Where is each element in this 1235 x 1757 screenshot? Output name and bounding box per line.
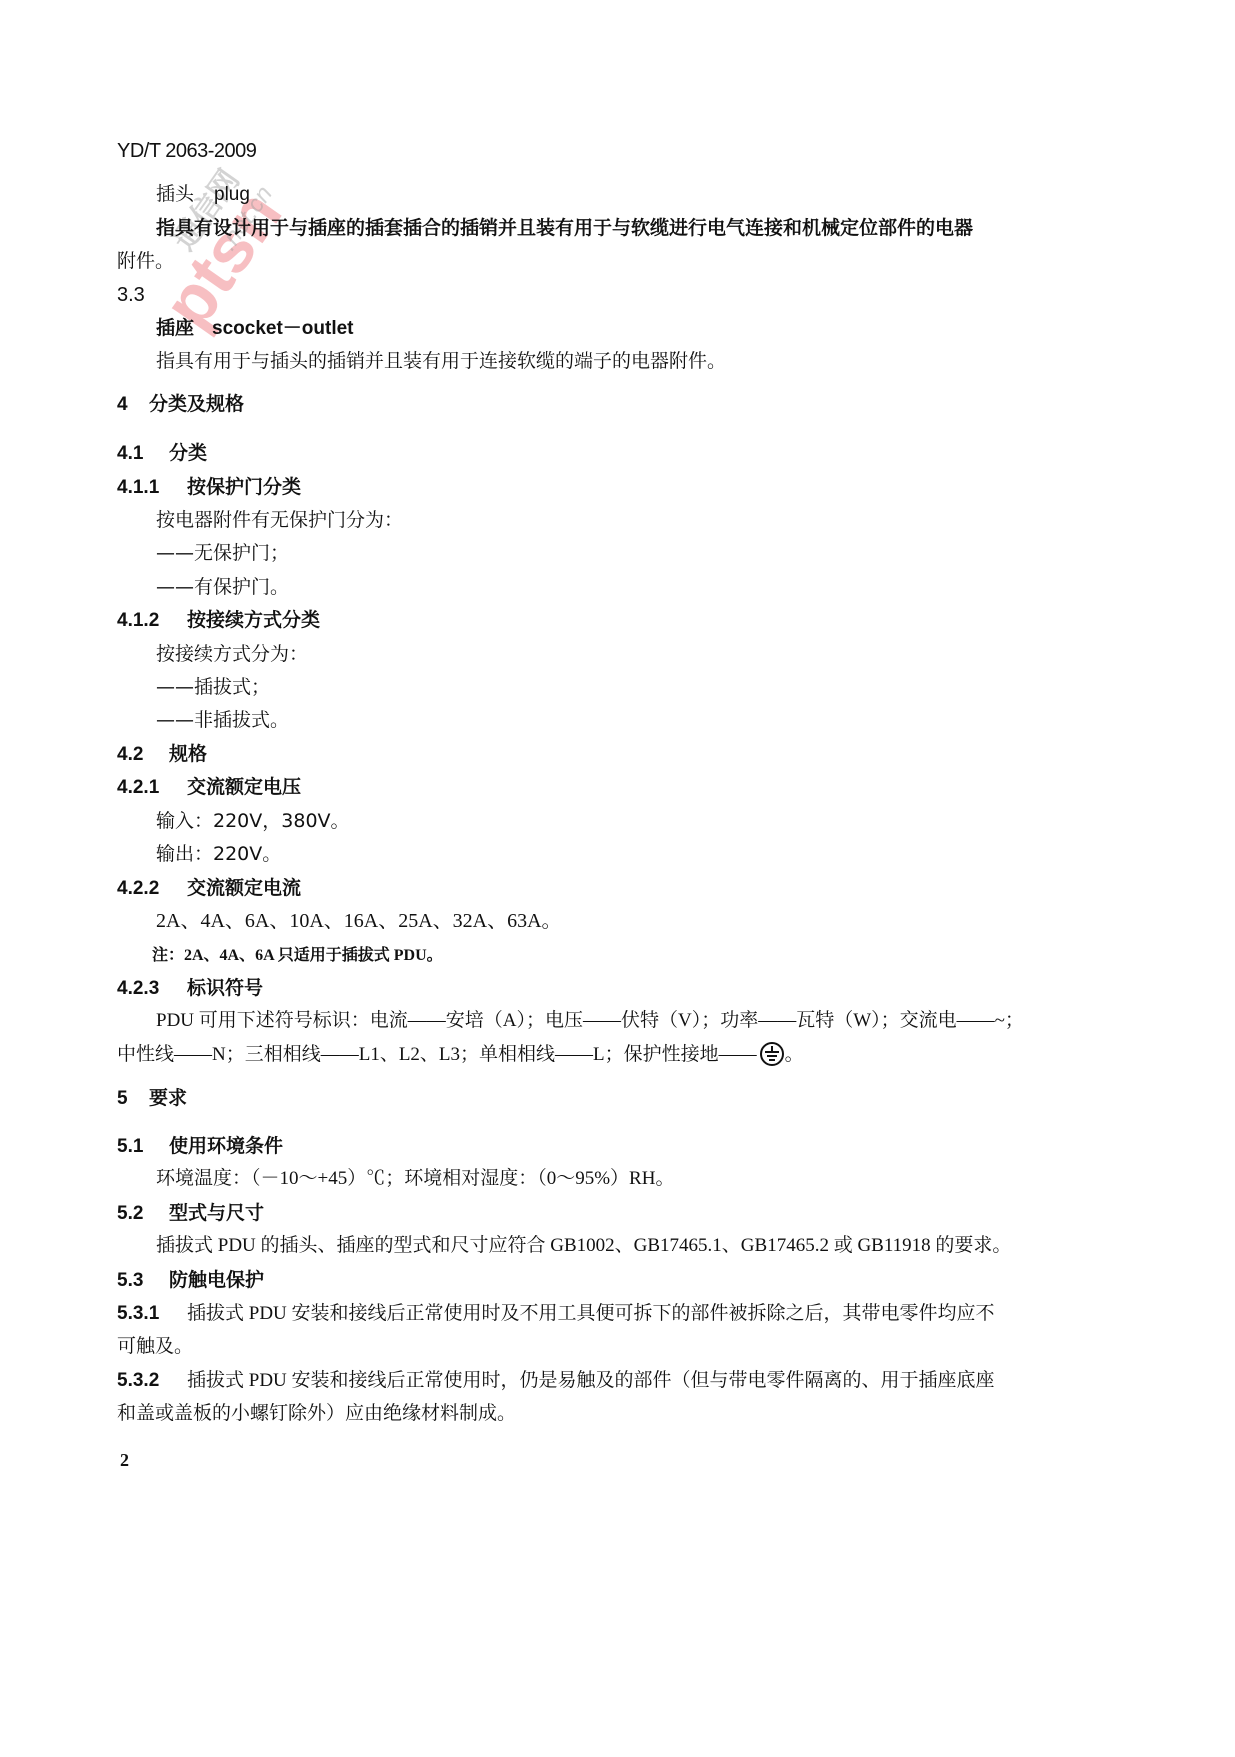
section-title: 分类及规格 xyxy=(149,393,244,415)
environment-conditions: 环境温度：（－10～+45）℃；环境相对湿度：（0～95%）RH。 xyxy=(156,1167,674,1191)
section-number: 4.1.2 xyxy=(117,609,187,633)
list-item: ——非插拔式。 xyxy=(156,708,289,732)
term-plug-cn: 插头 xyxy=(156,183,194,205)
section-4-1-heading: 4.1分类 xyxy=(117,441,207,466)
clause-5-3-2-line1: 5.3.2插拔式 PDU 安装和接线后正常使用时，仍是易触及的部件（但与带电零件… xyxy=(117,1368,995,1393)
section-4-2-3-heading: 4.2.3标识符号 xyxy=(117,976,263,1001)
standard-number-header: YD/T 2063-2009 xyxy=(117,139,256,163)
section-number: 5.3.1 xyxy=(117,1302,187,1326)
section-5-heading: 5要求 xyxy=(117,1086,187,1111)
section-title: 按接续方式分类 xyxy=(187,609,320,631)
clause-5-3-2-line2: 和盖或盖板的小螺钉除外）应由绝缘材料制成。 xyxy=(117,1401,516,1425)
section-5-3-heading: 5.3防触电保护 xyxy=(117,1268,264,1293)
list-item: ——有保护门。 xyxy=(156,575,289,599)
term-plug-definition-line2: 附件。 xyxy=(117,249,174,273)
section-4-1-1-heading: 4.1.1按保护门分类 xyxy=(117,475,301,500)
section-title: 型式与尺寸 xyxy=(169,1202,264,1224)
s4-1-1-intro: 按电器附件有无保护门分为： xyxy=(156,508,403,532)
section-4-1-2-heading: 4.1.2按接续方式分类 xyxy=(117,608,320,633)
list-item: ——插拔式； xyxy=(156,675,270,699)
section-5-1-heading: 5.1使用环境条件 xyxy=(117,1134,283,1159)
section-4-2-2-heading: 4.2.2交流额定电流 xyxy=(117,876,301,901)
clause-5-3-1-line2: 可触及。 xyxy=(117,1334,193,1358)
section-number: 4.1 xyxy=(117,442,169,466)
section-title: 防触电保护 xyxy=(169,1269,264,1291)
clause-3-3-number: 3.3 xyxy=(117,283,145,307)
rated-voltage-output: 输出：220V。 xyxy=(156,842,281,866)
section-4-2-1-heading: 4.2.1交流额定电压 xyxy=(117,775,301,800)
section-title: 标识符号 xyxy=(187,977,263,999)
rated-current-values: 2A、4A、6A、10A、16A、25A、32A、63A。 xyxy=(156,909,562,933)
section-number: 4.2.1 xyxy=(117,776,187,800)
section-number: 4.1.1 xyxy=(117,476,187,500)
section-title: 交流额定电流 xyxy=(187,877,301,899)
svg-text:通信网: 通信网 xyxy=(167,163,247,257)
list-item: ——无保护门； xyxy=(156,541,289,565)
s4-1-2-intro: 按接续方式分为： xyxy=(156,642,308,666)
clause-5-3-1-line1: 5.3.1插拔式 PDU 安装和接线后正常使用时及不用工具便可拆下的部件被拆除之… xyxy=(117,1301,995,1326)
section-title: 要求 xyxy=(149,1087,187,1109)
section-number: 4.2.2 xyxy=(117,877,187,901)
section-number: 4.2 xyxy=(117,743,169,767)
section-title: 交流额定电压 xyxy=(187,776,301,798)
section-number: 5 xyxy=(117,1087,149,1111)
protective-earth-icon xyxy=(759,1041,785,1067)
section-4-heading: 4分类及规格 xyxy=(117,392,244,417)
type-and-dimensions-text: 插拔式 PDU 的插头、插座的型式和尺寸应符合 GB1002、GB17465.1… xyxy=(156,1234,1011,1258)
section-number: 5.1 xyxy=(117,1135,169,1159)
rated-current-note: 注：2A、4A、6A 只适用于插拔式 PDU。 xyxy=(152,944,443,968)
term-socket-cn: 插座 xyxy=(156,317,194,339)
section-title: 使用环境条件 xyxy=(169,1135,283,1157)
symbols-line1: PDU 可用下述符号标识：电流——安培（A）；电压——伏特（V）；功率——瓦特（… xyxy=(156,1009,1024,1033)
term-socket-definition: 指具有用于与插头的插销并且装有用于连接软缆的端子的电器附件。 xyxy=(156,349,726,373)
term-socket: 插座scocket－outlet xyxy=(156,316,354,341)
symbols-line2-end: 。 xyxy=(785,1044,804,1065)
symbols-line2-text: 中性线——N；三相相线——L1、L2、L3；单相相线——L；保护性接地—— xyxy=(117,1044,757,1065)
section-title: 分类 xyxy=(169,442,207,464)
rated-voltage-input: 输入：220V，380V。 xyxy=(156,809,350,833)
clause-text: 插拔式 PDU 安装和接线后正常使用时，仍是易触及的部件（但与带电零件隔离的、用… xyxy=(187,1370,995,1391)
term-socket-en: scocket－outlet xyxy=(212,318,353,339)
term-plug: 插头plug xyxy=(156,182,250,207)
page-number: 2 xyxy=(120,1448,129,1472)
document-page: ptsn 通信网 .net.cn YD/T 2063-2009 插头plug 指… xyxy=(0,0,1235,1757)
term-plug-definition-line1: 指具有设计用于与插座的插套插合的插销并且装有用于与软缆进行电气连接和机械定位部件… xyxy=(156,216,973,240)
symbols-line2: 中性线——N；三相相线——L1、L2、L3；单相相线——L；保护性接地—— 。 xyxy=(117,1043,804,1067)
section-number: 5.2 xyxy=(117,1202,169,1226)
section-4-2-heading: 4.2规格 xyxy=(117,742,207,767)
section-number: 5.3 xyxy=(117,1269,169,1293)
clause-text: 插拔式 PDU 安装和接线后正常使用时及不用工具便可拆下的部件被拆除之后，其带电… xyxy=(187,1303,995,1324)
section-title: 规格 xyxy=(169,743,207,765)
term-plug-en: plug xyxy=(214,184,250,205)
section-title: 按保护门分类 xyxy=(187,476,301,498)
section-number: 4.2.3 xyxy=(117,977,187,1001)
section-5-2-heading: 5.2型式与尺寸 xyxy=(117,1201,264,1226)
section-number: 4 xyxy=(117,393,149,417)
section-number: 5.3.2 xyxy=(117,1369,187,1393)
